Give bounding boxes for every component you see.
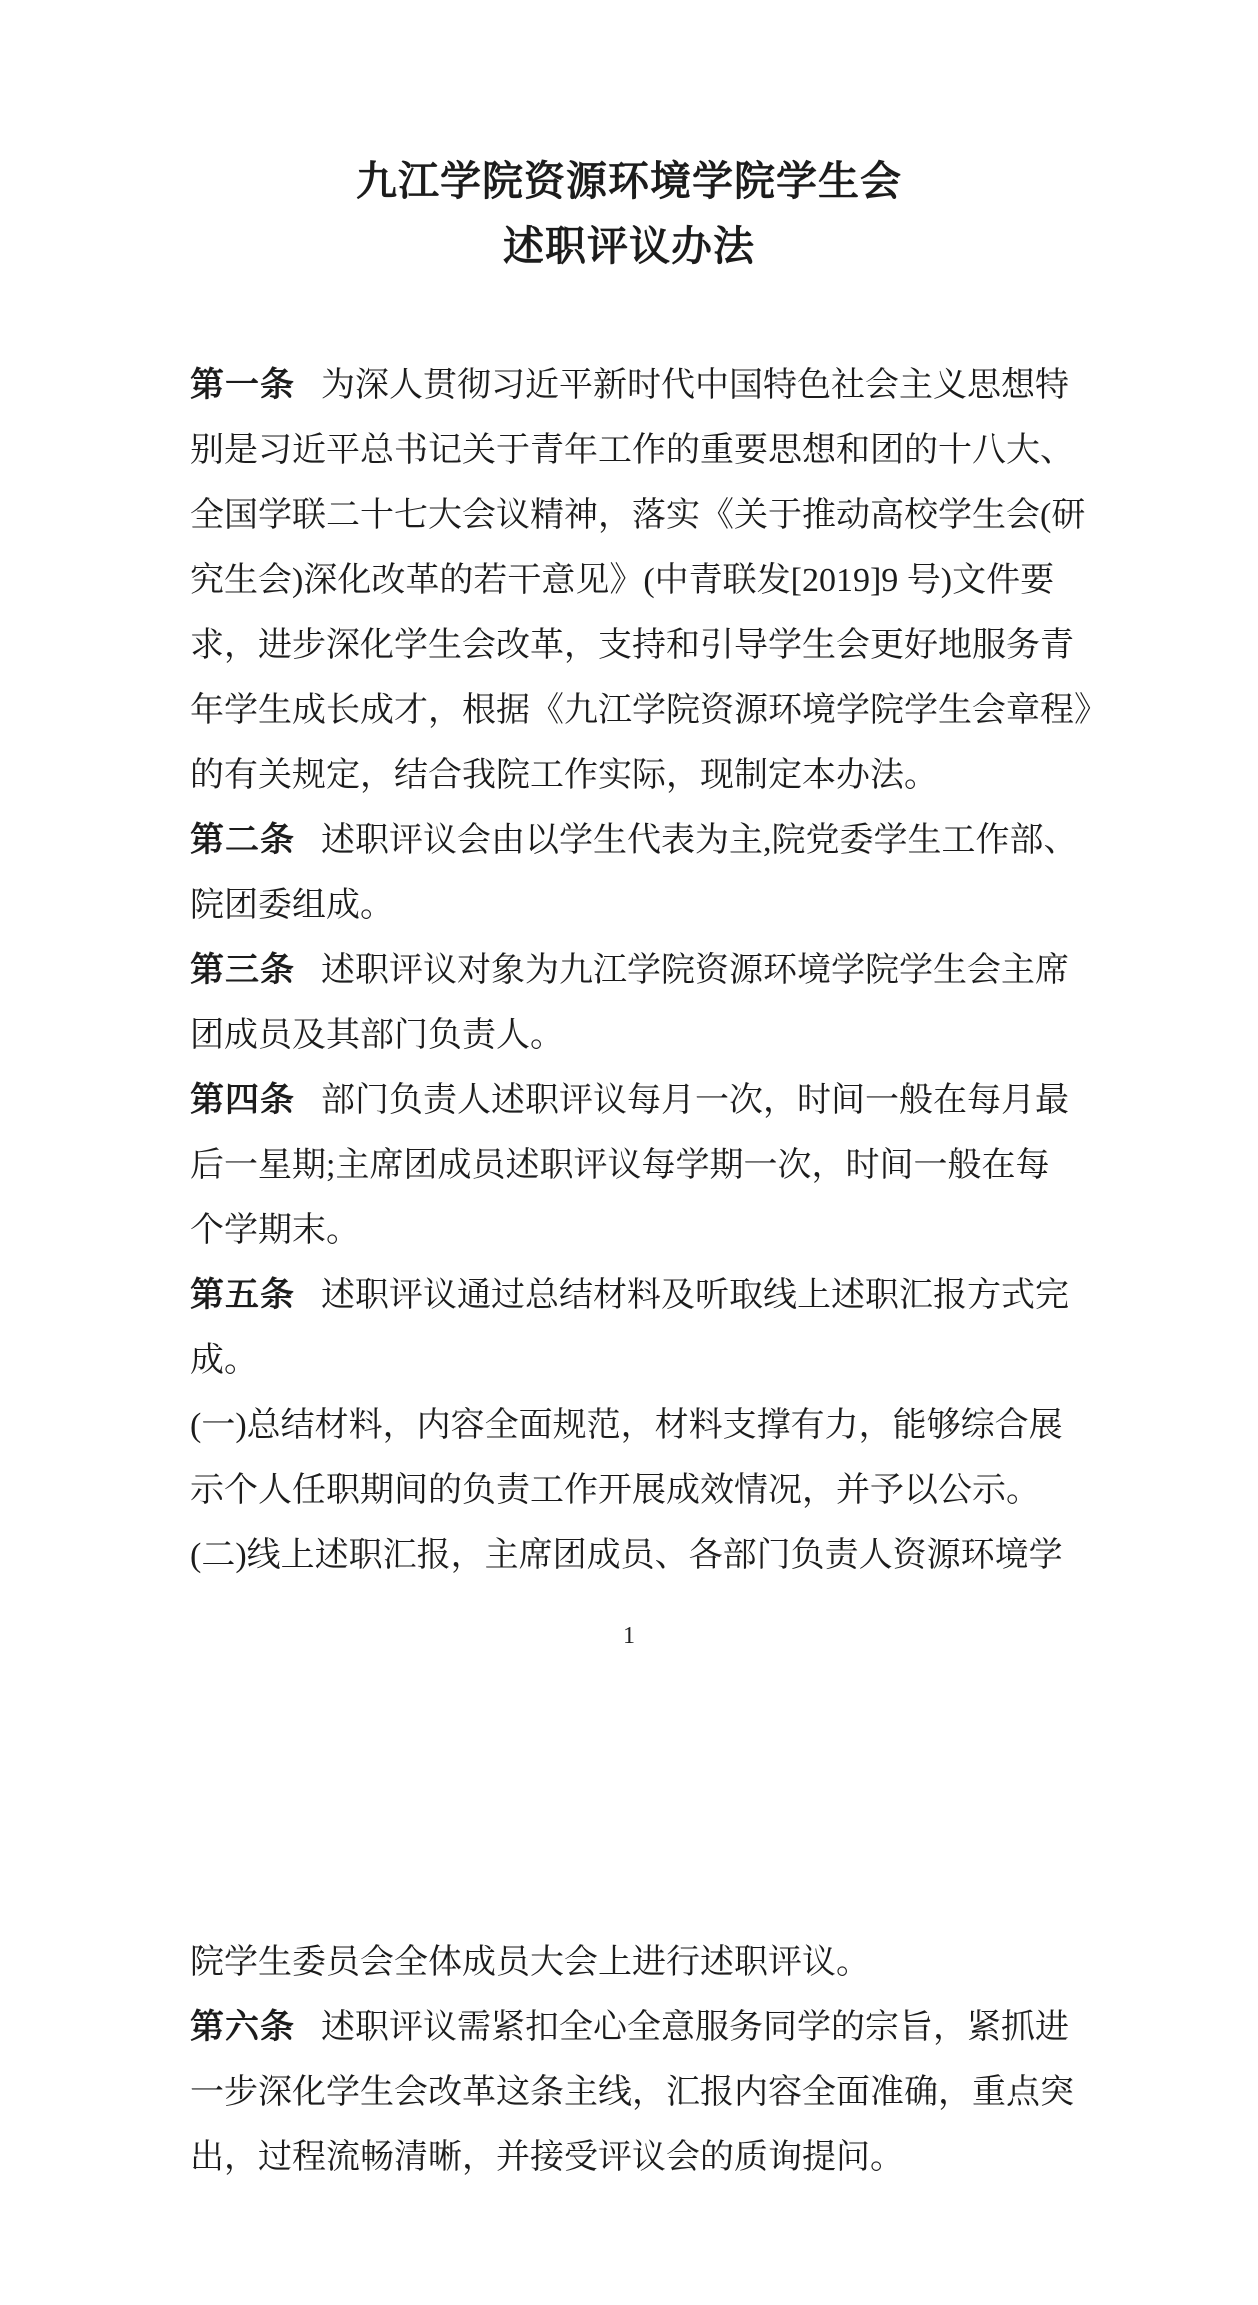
article-label: 第六条 <box>190 2009 295 2046</box>
paragraph-line: 第三条述职评议对象为九江学院资源环境学院学生会主席 <box>190 938 1110 1003</box>
article-label: 第一条 <box>190 367 295 404</box>
doc-title-line-1: 九江学院资源环境学院学生会 <box>0 161 1258 202</box>
paragraph-line: 别是习近平总书记关于青年工作的重要思想和团的十八大、 <box>190 418 1110 483</box>
line-text: 全国学联二十七大会议精神，落实《关于推动高校学生会(研 <box>190 497 1085 534</box>
line-text: (一)总结材料，内容全面规范，材料支撑有力，能够综合展 <box>190 1407 1063 1444</box>
page-2-body: 院学生委员会全体成员大会上进行述职评议。第六条述职评议需紧扣全心全意服务同学的宗… <box>190 1930 1110 2190</box>
paragraph-line: 第五条述职评议通过总结材料及听取线上述职汇报方式完 <box>190 1263 1110 1328</box>
doc-title-line-2: 述职评议办法 <box>0 226 1258 267</box>
line-text: 一步深化学生会改革这条主线，汇报内容全面准确，重点突 <box>190 2074 1074 2111</box>
paragraph-line: 第四条部门负责人述职评议每月一次，时间一般在每月最 <box>190 1068 1110 1133</box>
line-text: 究生会)深化改革的若干意见》(中青联发[2019]9 号)文件要 <box>190 562 1054 599</box>
paragraph-line: 求，进步深化学生会改革，支持和引导学生会更好地服务青 <box>190 613 1110 678</box>
line-text: 院团委组成。 <box>190 887 394 924</box>
paragraph-line: 团成员及其部门负责人。 <box>190 1003 1110 1068</box>
paragraph-line: 示个人任职期间的负责工作开展成效情况，并予以公示。 <box>190 1458 1110 1523</box>
line-text: 述职评议对象为九江学院资源环境学院学生会主席 <box>321 952 1069 989</box>
paragraph-line: 成。 <box>190 1328 1110 1393</box>
paragraph-line: 第二条述职评议会由以学生代表为主,院党委学生工作部、 <box>190 808 1110 873</box>
paragraph-line: 出，过程流畅清晰，并接受评议会的质询提问。 <box>190 2125 1110 2190</box>
line-text: 院学生委员会全体成员大会上进行述职评议。 <box>190 1944 870 1981</box>
paragraph-line: 第六条述职评议需紧扣全心全意服务同学的宗旨，紧抓进 <box>190 1995 1110 2060</box>
article-label: 第二条 <box>190 822 295 859</box>
line-text: 的有关规定，结合我院工作实际，现制定本办法。 <box>190 757 938 794</box>
paragraph-line: 后一星期;主席团成员述职评议每学期一次，时间一般在每 <box>190 1133 1110 1198</box>
paragraph-line: 一步深化学生会改革这条主线，汇报内容全面准确，重点突 <box>190 2060 1110 2125</box>
article-label: 第四条 <box>190 1082 295 1119</box>
paragraph-line: 院学生委员会全体成员大会上进行述职评议。 <box>190 1930 1110 1995</box>
line-text: 述职评议需紧扣全心全意服务同学的宗旨，紧抓进 <box>321 2009 1069 2046</box>
line-text: 为深人贯彻习近平新时代中国特色社会主义思想特 <box>321 367 1069 404</box>
paragraph-line: 年学生成长成才，根据《九江学院资源环境学院学生会章程》 <box>190 678 1110 743</box>
line-text: 述职评议会由以学生代表为主,院党委学生工作部、 <box>321 822 1078 859</box>
line-text: 年学生成长成才，根据《九江学院资源环境学院学生会章程》 <box>190 692 1108 729</box>
line-text: 求，进步深化学生会改革，支持和引导学生会更好地服务青 <box>190 627 1074 664</box>
paragraph-line: (二)线上述职汇报，主席团成员、各部门负责人资源环境学 <box>190 1523 1110 1588</box>
line-text: 成。 <box>190 1342 258 1379</box>
line-text: 后一星期;主席团成员述职评议每学期一次，时间一般在每 <box>190 1147 1049 1184</box>
paragraph-line: 个学期末。 <box>190 1198 1110 1263</box>
page-1-body: 第一条为深人贯彻习近平新时代中国特色社会主义思想特别是习近平总书记关于青年工作的… <box>190 353 1110 1588</box>
line-text: 示个人任职期间的负责工作开展成效情况，并予以公示。 <box>190 1472 1040 1509</box>
document-canvas: 九江学院资源环境学院学生会 述职评议办法 第一条为深人贯彻习近平新时代中国特色社… <box>0 0 1258 2305</box>
line-text: 个学期末。 <box>190 1212 360 1249</box>
article-label: 第三条 <box>190 952 295 989</box>
page-number: 1 <box>0 1622 1258 1651</box>
article-label: 第五条 <box>190 1277 295 1314</box>
line-text: 团成员及其部门负责人。 <box>190 1017 564 1054</box>
paragraph-line: 全国学联二十七大会议精神，落实《关于推动高校学生会(研 <box>190 483 1110 548</box>
paragraph-line: (一)总结材料，内容全面规范，材料支撑有力，能够综合展 <box>190 1393 1110 1458</box>
paragraph-line: 究生会)深化改革的若干意见》(中青联发[2019]9 号)文件要 <box>190 548 1110 613</box>
paragraph-line: 的有关规定，结合我院工作实际，现制定本办法。 <box>190 743 1110 808</box>
paragraph-line: 院团委组成。 <box>190 873 1110 938</box>
line-text: 述职评议通过总结材料及听取线上述职汇报方式完 <box>321 1277 1069 1314</box>
line-text: 出，过程流畅清晰，并接受评议会的质询提问。 <box>190 2139 904 2176</box>
line-text: 部门负责人述职评议每月一次，时间一般在每月最 <box>321 1082 1069 1119</box>
line-text: 别是习近平总书记关于青年工作的重要思想和团的十八大、 <box>190 432 1074 469</box>
line-text: (二)线上述职汇报，主席团成员、各部门负责人资源环境学 <box>190 1537 1063 1574</box>
paragraph-line: 第一条为深人贯彻习近平新时代中国特色社会主义思想特 <box>190 353 1110 418</box>
